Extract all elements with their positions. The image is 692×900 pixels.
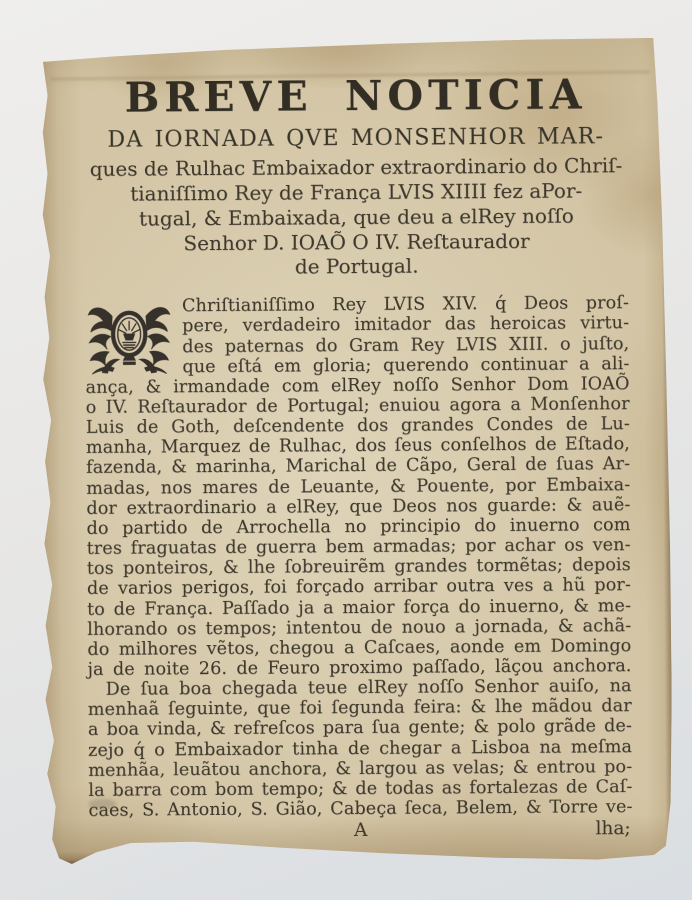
page-subtitle-caps: DA IORNADA QVE MONSENHOR MAR- [84, 124, 628, 153]
title-continuation: ques de Rulhac Embaixador extraordinario… [84, 153, 629, 281]
paragraph-1: Chriſtianiſſimo Rey LVIS XIV. q́ Deos pr… [85, 293, 632, 680]
catchword: lha; [595, 818, 630, 839]
signature-mark: A [354, 820, 368, 841]
body-text: Chriſtianiſſimo Rey LVIS XIV. q́ Deos pr… [85, 293, 633, 821]
paragraph-2: De ſua boa chegada teue elRey noſſo Senh… [88, 676, 633, 821]
printed-content: BREVE NOTICIA DA IORNADA QVE MONSENHOR M… [83, 72, 632, 845]
text-line: caes, S. Antonio, S. Gião, Cabeça ſeca, … [88, 797, 632, 821]
photo-backdrop: BREVE NOTICIA DA IORNADA QVE MONSENHOR M… [0, 0, 692, 900]
footer-line: A lha; [89, 818, 633, 845]
pamphlet-page: BREVE NOTICIA DA IORNADA QVE MONSENHOR M… [37, 38, 673, 864]
foliate-ornament-icon [85, 297, 174, 376]
page-title: BREVE NOTICIA [83, 72, 627, 122]
paper-right-edge [660, 38, 673, 860]
paragraph-2-lines: De ſua boa chegada teue elRey noſſo Senh… [88, 676, 633, 821]
paper-bottom-edge [43, 851, 686, 875]
